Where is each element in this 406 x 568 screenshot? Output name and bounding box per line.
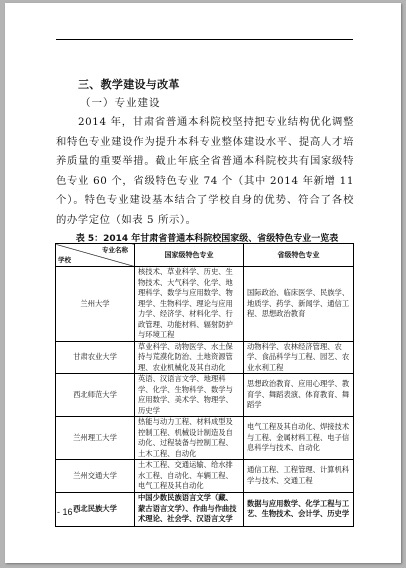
table-row: 兰州交通大学 土木工程、交通运输、给水排水工程、自动化、车辆工程、电气工程及其自… (56, 460, 354, 493)
table-header-row: 专业名称 学校 国家级特色专业 省级特色专业 (56, 244, 354, 267)
document-page: 三、教学建设与改革 （一）专业建设 2014 年，甘肃省普通本科院校坚持把专业结… (5, 3, 401, 563)
diagonal-header-cell: 专业名称 学校 (56, 244, 135, 267)
page-number: - 16 - (57, 507, 78, 517)
school-cell: 兰州大学 (56, 267, 135, 342)
header-school: 学校 (58, 255, 71, 266)
provincial-cell: 电气工程及其自动化、焊接技术与工程、金属材料工程、电子信息科学与技术、自动化 (244, 417, 354, 460)
header-provincial: 省级特色专业 (244, 244, 354, 267)
school-cell: 甘肃农业大学 (56, 341, 135, 374)
table-row: 西北师范大学 英语、汉语言文学、地理科学、化学、生物科学、数学与应用数学、美术学… (56, 374, 354, 417)
table-row: 西北民族大学 中国少数民族语言文学（藏、蒙古语言文学）、作曲与作曲技术理论、社会… (56, 492, 354, 526)
provincial-cell: 数据与应用数学、化学工程与工艺、生物技术、会计学、历史学 (244, 492, 354, 526)
national-cell: 热能与动力工程、材料成型及控制工程、机械设计制造及自动化、过程装备与控制工程、土… (135, 417, 244, 460)
national-cell: 土木工程、交通运输、给水排水工程、自动化、车辆工程、电气工程及其自动化 (135, 460, 244, 493)
provincial-cell: 通信工程、工程管理、计算机科学与技术、交通工程 (244, 460, 354, 493)
national-cell: 草业科学、动物医学、水土保持与荒漠化防治、土地资源管理、农业机械化及其自动化 (135, 341, 244, 374)
section-heading: 三、教学建设与改革 (78, 76, 180, 92)
table-row: 兰州理工大学 热能与动力工程、材料成型及控制工程、机械设计制造及自动化、过程装备… (56, 417, 354, 460)
provincial-cell: 思想政治教育、应用心理学、教育学、舞蹈表演、体育教育、舞蹈学 (244, 374, 354, 417)
national-cell: 核技术、草业科学、历史、生物技术、大气科学、化学、地理科学、数学与应用数学、物理… (135, 267, 244, 342)
school-cell: 兰州交通大学 (56, 460, 135, 493)
header-national: 国家级特色专业 (135, 244, 244, 267)
subsection-heading: （一）专业建设 (80, 95, 161, 110)
body-paragraph: 2014 年，甘肃省普通本科院校坚持把专业结构优化调整和特色专业建设作为提升本科… (56, 113, 354, 230)
specialty-table: 专业名称 学校 国家级特色专业 省级特色专业 兰州大学 核技术、草业科学、历史、… (55, 243, 354, 527)
national-cell: 中国少数民族语言文学（藏、蒙古语言文学）、作曲与作曲技术理论、社会学、汉语言文学 (135, 492, 244, 526)
header-rule (56, 39, 353, 40)
table-row: 兰州大学 核技术、草业科学、历史、生物技术、大气科学、化学、地理科学、数学与应用… (56, 267, 354, 342)
school-cell: 西北师范大学 (56, 374, 135, 417)
school-cell: 兰州理工大学 (56, 417, 135, 460)
national-cell: 英语、汉语言文学、地理科学、化学、生物科学、数学与应用数学、美术学、物理学、历史… (135, 374, 244, 417)
table-row: 甘肃农业大学 草业科学、动物医学、水土保持与荒漠化防治、土地资源管理、农业机械化… (56, 341, 354, 374)
provincial-cell: 国际政治、临床医学、民族学、地质学、药学、新闻学、通信工程、思想政治教育 (244, 267, 354, 342)
provincial-cell: 动物科学、农林经济管理、农学、食品科学与工程、园艺、农业水利工程 (244, 341, 354, 374)
header-specialty-name: 专业名称 (102, 245, 128, 256)
